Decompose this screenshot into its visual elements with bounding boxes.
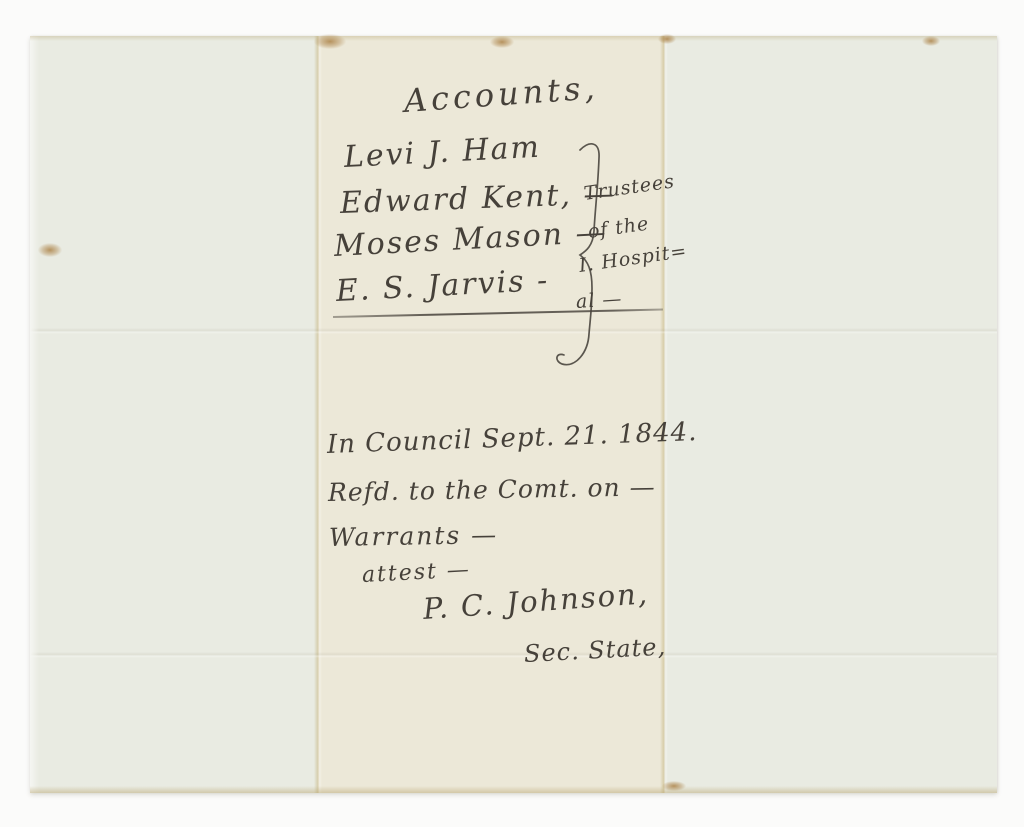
vertical-fold-line-left <box>314 36 322 793</box>
stain <box>314 34 346 49</box>
stain <box>662 781 686 791</box>
vertical-fold-line-right <box>660 36 668 793</box>
paper-left-edge <box>30 36 39 793</box>
warrants-line: Warrants — <box>329 520 499 552</box>
horizontal-crease <box>30 328 997 334</box>
document-paper: Accounts, Levi J. Ham Edward Kent, — Mos… <box>30 36 997 793</box>
stain <box>922 36 940 46</box>
stain <box>658 34 676 44</box>
referral-line: Refd. to the Comt. on — <box>328 472 656 507</box>
paper-bottom-edge <box>30 786 997 793</box>
stain <box>38 243 62 257</box>
stain <box>490 36 514 48</box>
horizontal-crease <box>30 652 997 658</box>
